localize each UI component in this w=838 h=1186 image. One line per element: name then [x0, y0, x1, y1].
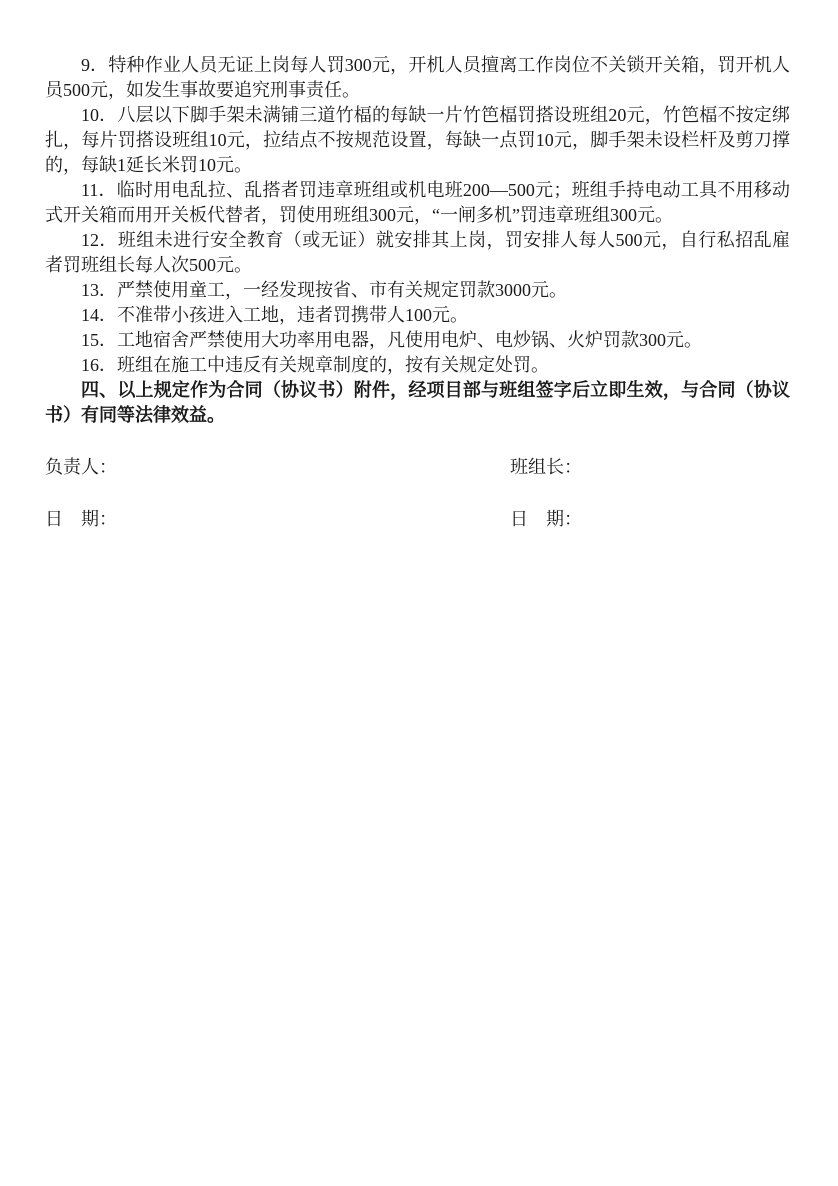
clause-13: 13．严禁使用童工，一经发现按省、市有关规定罚款3000元。 [45, 278, 790, 303]
date-label-right: 日 期： [510, 507, 790, 532]
clause-16: 16．班组在施工中违反有关规章制度的，按有关规定处罚。 [45, 353, 790, 378]
signature-name-row: 负责人： 班组长： [45, 455, 790, 480]
clause-15: 15．工地宿舍严禁使用大功率用电器，凡使用电炉、电炒锅、火炉罚款300元。 [45, 328, 790, 353]
clause-12: 12．班组未进行安全教育（或无证）就安排其上岗，罚安排人每人500元，自行私招乱… [45, 228, 790, 278]
clause-11: 11．临时用电乱拉、乱搭者罚违章班组或机电班200—500元；班组手持电动工具不… [45, 178, 790, 228]
clause-14: 14．不准带小孩进入工地，违者罚携带人100元。 [45, 303, 790, 328]
document-content: 9．特种作业人员无证上岗每人罚300元，开机人员擅离工作岗位不关锁开关箱，罚开机… [0, 0, 838, 532]
responsible-person-label: 负责人： [45, 455, 510, 480]
signature-block: 负责人： 班组长： 日 期： 日 期： [45, 455, 790, 532]
date-label-left: 日 期： [45, 507, 510, 532]
team-leader-label: 班组长： [510, 455, 790, 480]
clause-10: 10．八层以下脚手架未满铺三道竹楅的每缺一片竹笆楅罚搭设班组20元，竹笆楅不按定… [45, 103, 790, 178]
document-page: 9．特种作业人员无证上岗每人罚300元，开机人员擅离工作岗位不关锁开关箱，罚开机… [0, 0, 838, 1186]
section-4-clause: 四、以上规定作为合同（协议书）附件，经项目部与班组签字后立即生效，与合同（协议书… [45, 378, 790, 428]
clause-9: 9．特种作业人员无证上岗每人罚300元，开机人员擅离工作岗位不关锁开关箱，罚开机… [45, 53, 790, 103]
signature-date-row: 日 期： 日 期： [45, 507, 790, 532]
